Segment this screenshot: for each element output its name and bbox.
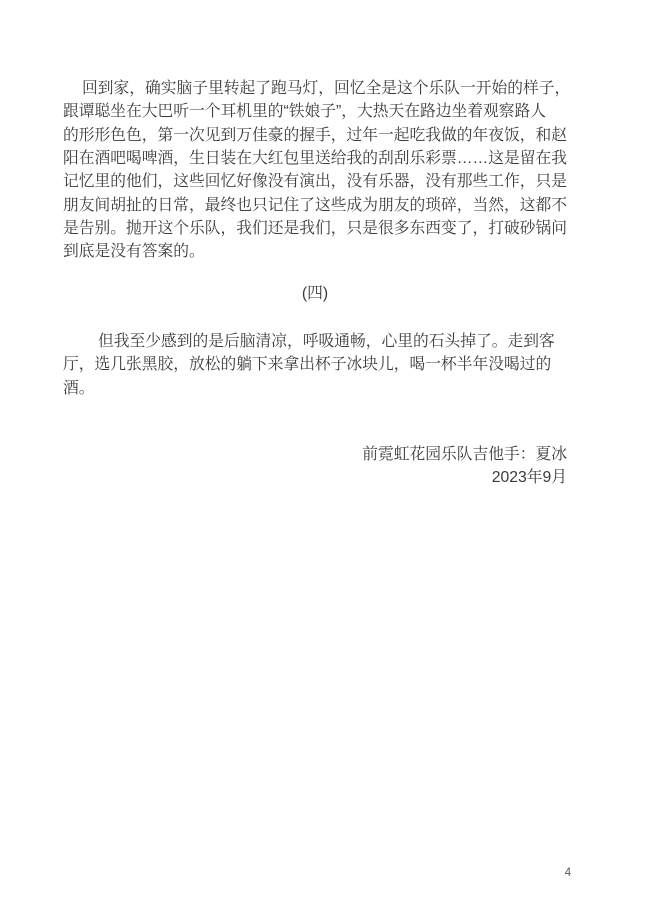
signature-author-line: 前霓虹花园乐队吉他手：夏冰	[63, 443, 567, 466]
paragraph-relief: 但我至少感到的是后脑清凉，呼吸通畅，心里的石头掉了。走到客 厅，选几张黑胶，放松…	[63, 330, 567, 400]
body-line: 酒。	[63, 377, 567, 400]
body-line: 回到家，确实脑子里转起了跑马灯，回忆全是这个乐队一开始的样子，	[63, 77, 567, 100]
article-body: 回到家，确实脑子里转起了跑马灯，回忆全是这个乐队一开始的样子， 跟谭聪坐在大巴听…	[63, 77, 567, 490]
document-page: 回到家，确实脑子里转起了跑马灯，回忆全是这个乐队一开始的样子， 跟谭聪坐在大巴听…	[0, 0, 650, 920]
body-line: 厅，选几张黑胶，放松的躺下来拿出杯子冰块儿，喝一杯半年没喝过的	[63, 353, 567, 376]
signature-date-line: 2023年9月	[63, 466, 567, 489]
body-line: 阳在酒吧喝啤酒，生日装在大红包里送给我的刮刮乐彩票……这是留在我	[63, 147, 567, 170]
body-line: 的形形色色，第一次见到万佳豪的握手，过年一起吃我做的年夜饭，和赵	[63, 124, 567, 147]
body-line: 朋友间胡扯的日常，最终也只记住了这些成为朋友的琐碎，当然，这都不	[63, 194, 567, 217]
paragraph-recollection: 回到家，确实脑子里转起了跑马灯，回忆全是这个乐队一开始的样子， 跟谭聪坐在大巴听…	[63, 77, 567, 264]
body-line: 是告别。抛开这个乐队，我们还是我们，只是很多东西变了，打破砂锅问	[63, 217, 567, 240]
section-heading-four: (四)	[63, 282, 567, 305]
body-line: 但我至少感到的是后脑清凉，呼吸通畅，心里的石头掉了。走到客	[63, 330, 567, 353]
page-number: 4	[558, 866, 578, 880]
body-line: 到底是没有答案的。	[63, 240, 567, 263]
body-line: 跟谭聪坐在大巴听一个耳机里的“铁娘子”，大热天在路边坐着观察路人	[63, 100, 567, 123]
signature-block: 前霓虹花园乐队吉他手：夏冰 2023年9月	[63, 443, 567, 490]
body-line: 记忆里的他们，这些回忆好像没有演出，没有乐器，没有那些工作，只是	[63, 170, 567, 193]
